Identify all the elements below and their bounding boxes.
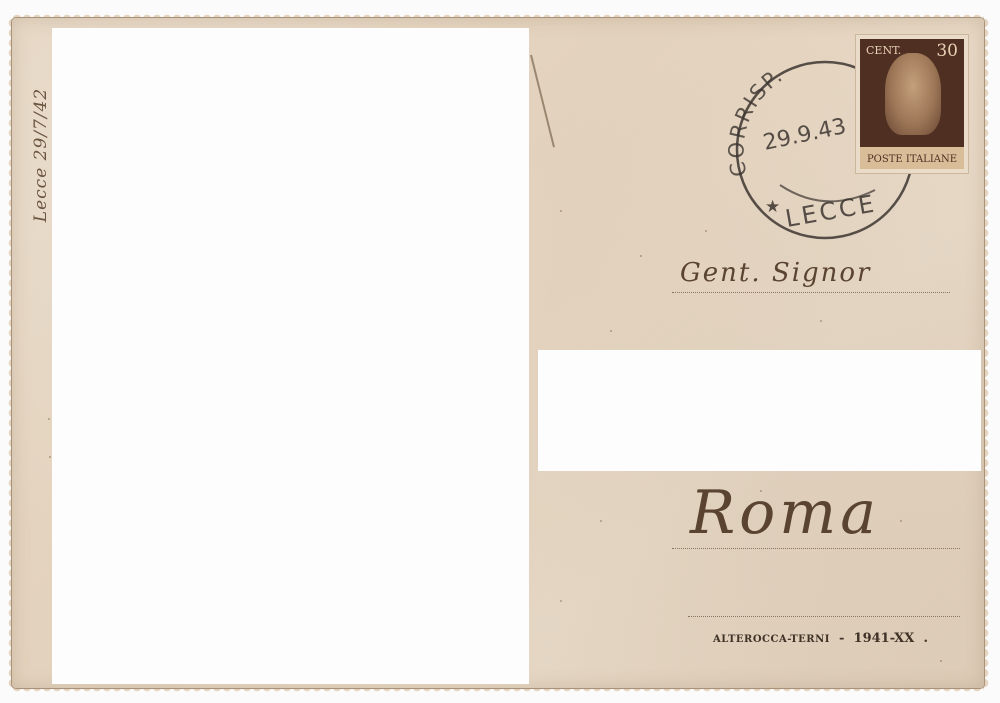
- address-city: Roma: [690, 478, 880, 548]
- imprint-separator: -: [839, 631, 844, 646]
- margin-date-note: Lecce 29/7/42: [31, 88, 51, 222]
- postmark-town: LECCE: [783, 189, 879, 233]
- king-portrait-icon: [885, 53, 941, 135]
- publisher-imprint: ALTEROCCA-TERNI - 1941-XX .: [713, 627, 932, 646]
- redaction-message-area: [52, 28, 529, 684]
- imprint-year: 1941-XX: [854, 631, 915, 646]
- postmark-top-text: CORRISP.: [725, 62, 788, 178]
- address-line-bottom: [688, 616, 960, 617]
- redaction-recipient-name: [538, 350, 981, 471]
- postmark-date: 29.9.43: [761, 114, 848, 156]
- postage-stamp: CENT. 30 POSTE ITALIANE: [856, 35, 968, 173]
- scalloped-edge-right: [984, 18, 989, 688]
- publisher-name: ALTEROCCA-TERNI: [713, 634, 830, 645]
- stamp-denomination-label: CENT.: [866, 44, 901, 57]
- stamp-value: 30: [936, 41, 958, 61]
- imprint-trail: .: [923, 631, 928, 646]
- address-salutation: Gent. Signor: [680, 258, 871, 288]
- svg-text:CORRISP.: CORRISP.: [725, 62, 788, 178]
- stamp-country: POSTE ITALIANE: [860, 154, 964, 165]
- star-icon: ★: [765, 197, 780, 217]
- address-line-city: [672, 548, 960, 549]
- address-line-1: [672, 292, 950, 293]
